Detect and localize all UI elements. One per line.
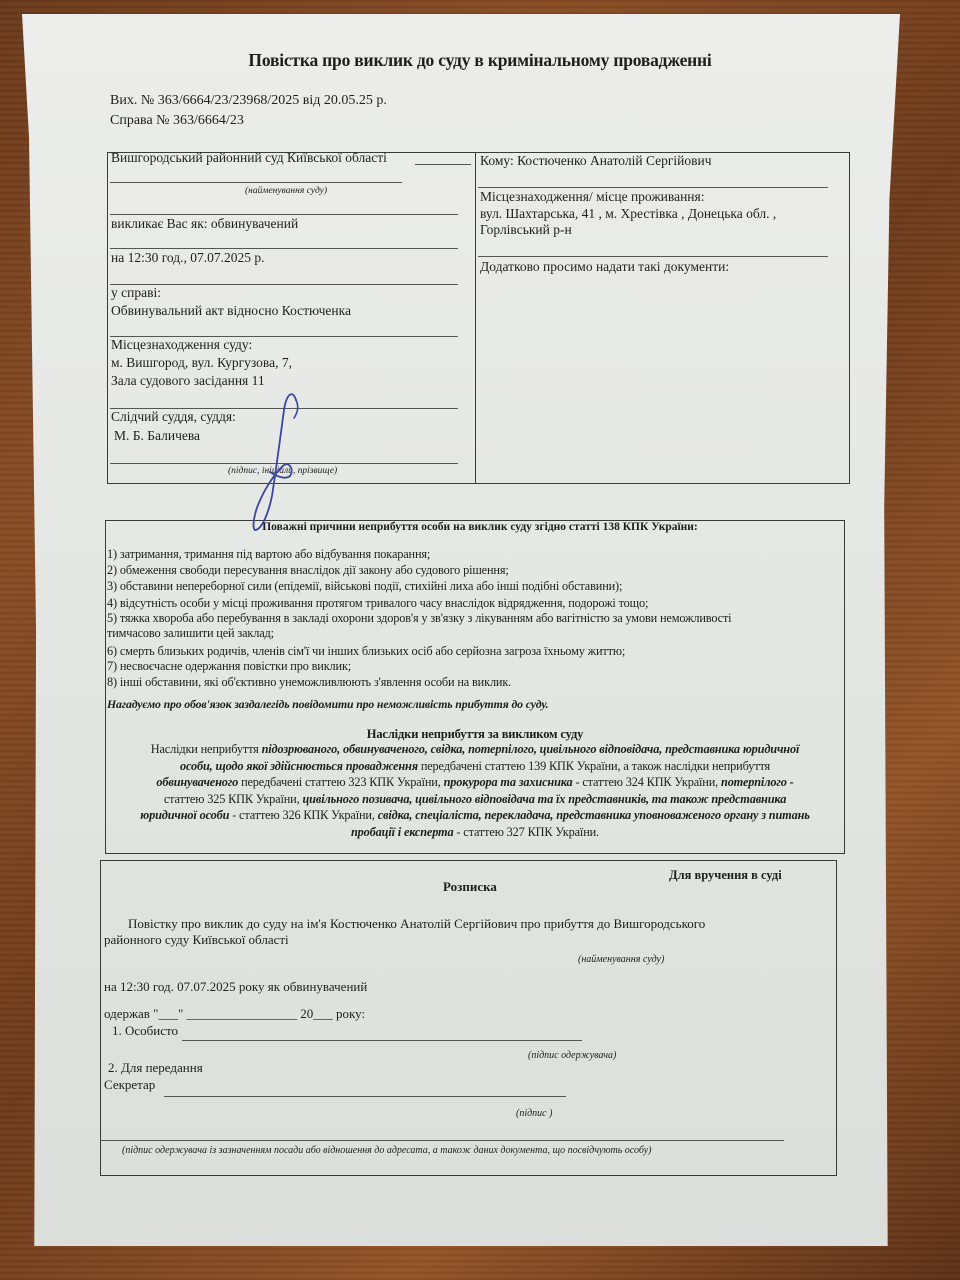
documents-label: Додатково просимо надати такі документи:: [480, 259, 729, 275]
consequences-line: особи, щодо якої здійснюється провадженн…: [108, 758, 842, 775]
hearing-datetime: на 12:30 год., 07.07.2025 р.: [111, 250, 265, 266]
judge-label: Слідчий суддя, суддя:: [111, 409, 236, 425]
underline: [478, 256, 828, 257]
judge-name: М. Б. Баличева: [114, 428, 200, 444]
reason-item: 4) відсутність особи у місці проживання …: [107, 596, 648, 611]
receipt-heading: Розписка: [0, 879, 940, 895]
receipt-datetime: на 12:30 год. 07.07.2025 року як обвинув…: [104, 979, 367, 995]
signature-caption: (підпис, ініціали, прізвище): [228, 466, 337, 476]
reason-item: 2) обмеження свободи пересування внаслід…: [107, 563, 509, 578]
secretary-signature-line[interactable]: [164, 1096, 566, 1097]
residence-line1: вул. Шахтарська, 41 , м. Хрестівка , Дон…: [480, 206, 776, 222]
underline: [415, 164, 471, 165]
underline: [110, 463, 458, 464]
underline: [110, 248, 458, 249]
court-location-line1: м. Вишгород, вул. Кургузова, 7,: [111, 355, 292, 371]
reason-item: 6) смерть близьких родичів, членів сім'ї…: [107, 644, 625, 659]
summons-divider: [475, 152, 476, 483]
personally-signature-line[interactable]: [182, 1040, 582, 1041]
reason-item: 8) інші обставини, які об'єктивно унемож…: [107, 675, 511, 690]
consequences-line: юридичної особи - статтею 326 КПК Україн…: [108, 807, 842, 824]
underline: [478, 187, 828, 188]
reason-item: 7) несвоєчасне одержання повістки про ви…: [107, 659, 351, 674]
transfer-label: 2. Для передання: [108, 1060, 203, 1076]
court-caption: (найменування суду): [578, 954, 664, 965]
reason-item: 3) обставини непереборної сили (епідемії…: [107, 579, 622, 594]
outgoing-number: Вих. № 363/6664/23/23968/2025 від 20.05.…: [110, 93, 387, 109]
signature-caption: (підпис ): [516, 1108, 552, 1119]
consequences-line: пробації і експерта - статтею 327 КПК Ук…: [108, 824, 842, 841]
underline: [110, 182, 402, 183]
bottom-caption: (підпис одержувача із зазначенням посади…: [122, 1145, 652, 1156]
reason-item: тимчасово залишити цей заклад;: [107, 626, 274, 641]
case-number: Справа № 363/6664/23: [110, 113, 244, 129]
reminder: Нагадуємо про обов'язок заздалегідь пові…: [107, 697, 548, 712]
court-location-line2: Зала судового засідання 11: [111, 373, 265, 389]
underline: [110, 284, 458, 285]
case-label: у справі:: [111, 285, 161, 301]
receipt-line2: районного суду Київської області: [104, 932, 289, 948]
court-name-caption: (найменування суду): [245, 186, 327, 196]
consequences-line: обвинуваченого передбачені статтею 323 К…: [108, 774, 842, 791]
reason-item: 1) затримання, тримання під вартою або в…: [107, 547, 430, 562]
personally-label: 1. Особисто: [112, 1023, 178, 1039]
secretary-label: Секретар: [104, 1077, 155, 1093]
court-name: Вишгородський районний суд Київської обл…: [111, 150, 387, 166]
consequences-line: Наслідки неприбуття підозрюваного, обвин…: [108, 741, 842, 758]
residence-label: Місцезнаходження/ місце проживання:: [480, 189, 704, 205]
document-title: Повістка про виклик до суду в кримінальн…: [0, 50, 960, 71]
receipt-line1: Повістку про виклик до суду на ім'я Кост…: [128, 916, 705, 932]
residence-line2: Горлівський р-н: [480, 222, 572, 238]
consequences-line: статтею 325 КПК України, цивільного пози…: [108, 791, 842, 808]
reason-item: 5) тяжка хвороба або перебування в закла…: [107, 611, 731, 626]
recipient: Кому: Костюченко Анатолій Сергійович: [480, 153, 712, 169]
received-line: одержав "___" _________________ 20___ ро…: [104, 1006, 365, 1022]
court-location-label: Місцезнаходження суду:: [111, 337, 252, 353]
underline: [110, 214, 458, 215]
recipient-sign-caption: (підпис одержувача): [528, 1050, 616, 1061]
reasons-heading: Поважні причини неприбуття особи на викл…: [0, 521, 960, 533]
case-value: Обвинувальний акт відносно Костюченка: [111, 303, 351, 319]
summoned-as: викликає Вас як: обвинувачений: [111, 216, 298, 232]
recipient-details-line[interactable]: [100, 1140, 784, 1141]
